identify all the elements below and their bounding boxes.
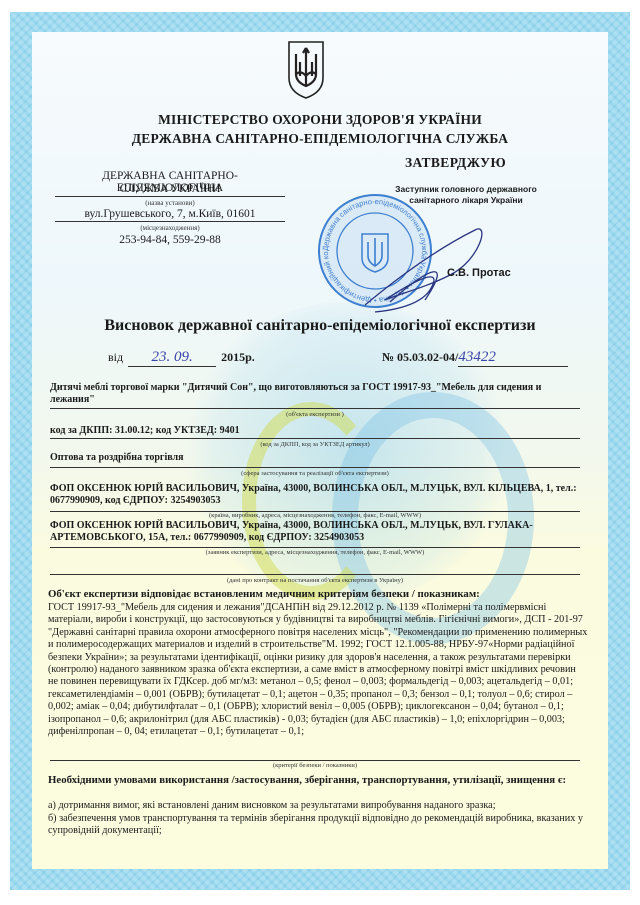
expertise-object: Дитячі меблі торгової марки "Дитячий Сон… [50, 382, 580, 406]
application-scope: Оптова та роздрібна торгівля [50, 452, 580, 464]
manufacturer-caption: (країна, виробник, адреса, місцезнаходже… [50, 512, 580, 519]
org-name-line2: СЛУЖБА УКРАЇНИ [55, 183, 285, 197]
scope-caption: (сфера застосування та реалізації об'єкт… [50, 470, 580, 477]
divider [50, 760, 580, 761]
document-date: від 23. 09. 2015р. [108, 349, 255, 367]
divider [50, 547, 580, 548]
criteria-heading: Об'єкт експертизи відповідає встановлени… [48, 588, 588, 600]
date-handwritten: 23. 09. [128, 349, 216, 367]
org-address-caption: (місцезнаходження) [55, 224, 285, 232]
criteria-text: ГОСТ 19917-93_"Мебель для сидения и лежа… [48, 602, 588, 738]
product-codes: код за ДКПП: 31.00.12; код УКТЗЕД: 9401 [50, 425, 580, 437]
document-number: № 05.03.02-04/43422 [382, 349, 568, 367]
signer-name: С.В. Протас [447, 267, 511, 279]
service-title: ДЕРЖАВНА САНІТАРНО-ЕПІДЕМІОЛОГІЧНА СЛУЖБ… [0, 131, 640, 147]
trident-icon [286, 40, 326, 100]
signature-icon [355, 210, 495, 320]
org-name-caption: (назва установи) [55, 199, 285, 207]
divider [50, 574, 580, 575]
ministry-title: МІНІСТЕРСТВО ОХОРОНИ ЗДОРОВ'Я УКРАЇНИ [0, 112, 640, 128]
date-year: 2015р. [221, 350, 255, 364]
number-handwritten: 43422 [458, 349, 568, 367]
org-address: вул.Грушевського, 7, м.Київ, 01601 [55, 208, 285, 222]
date-prefix: від [108, 350, 123, 364]
document-title: Висновок державної санітарно-епідеміолог… [0, 317, 640, 335]
codes-caption: (код за ДКПП, код за УКТЗЕД артикул) [50, 441, 580, 448]
object-caption: (об'єкта експертизи ) [50, 411, 580, 418]
divider [50, 467, 580, 468]
contract-caption: (дані про контракт на постачання об'єкта… [50, 577, 580, 584]
manufacturer: ФОП ОКСЕНЮК ЮРІЙ ВАСИЛЬОВИЧ, Україна, 43… [50, 483, 580, 507]
applicant: ФОП ОКСЕНЮК ЮРІЙ ВАСИЛЬОВИЧ, Україна, 43… [50, 520, 580, 544]
divider [50, 438, 580, 439]
approval-label: ЗАТВЕРДЖУЮ [405, 155, 506, 171]
divider [50, 408, 580, 409]
org-phones: 253-94-84, 559-29-88 [55, 234, 285, 246]
certificate-body [32, 32, 608, 869]
criteria-caption: (критерії безпеки / показники) [50, 762, 580, 769]
number-prefix: № 05.03.02-04/ [382, 350, 458, 364]
condition-item-b: б) забезпечення умов транспортування та … [48, 813, 588, 838]
applicant-caption: (заявник експертизи, адреса, місцезнаход… [50, 549, 580, 556]
conditions-heading: Необхідними умовами використання /застос… [48, 774, 588, 786]
condition-item-a: а) дотримання вимог, які встановлені дан… [48, 800, 588, 812]
